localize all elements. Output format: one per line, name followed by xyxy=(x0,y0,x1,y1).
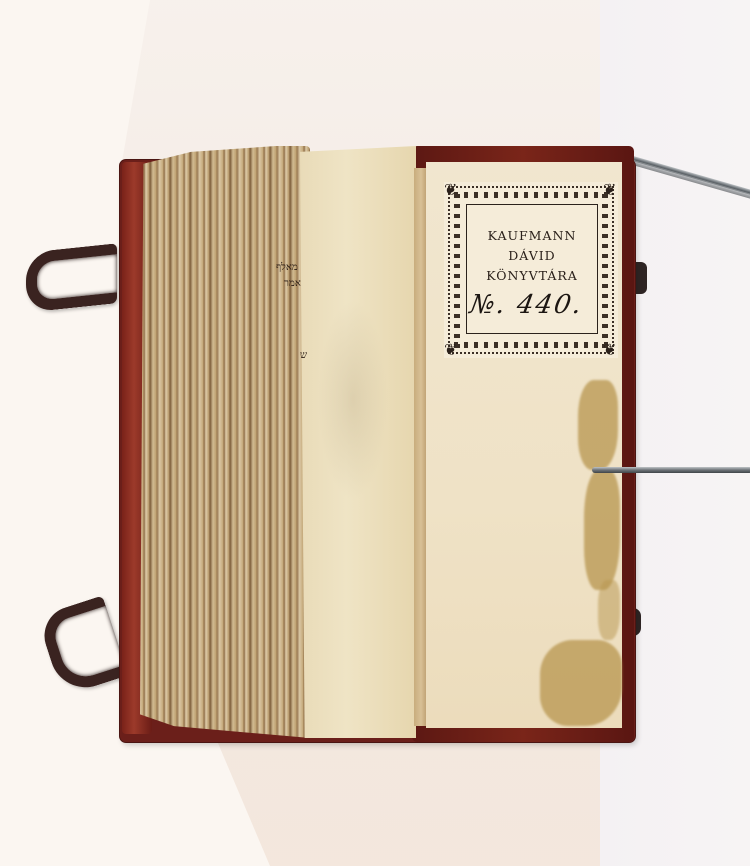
leather-tie-top-right xyxy=(633,262,647,294)
ornament-icon: ❦ xyxy=(603,342,619,358)
ornament-icon: ❦ xyxy=(603,182,619,198)
bookplate-line-konyvtara: KÖNYVTÁRA xyxy=(466,268,598,283)
page-block-fore-edge xyxy=(140,146,310,738)
damage-stain xyxy=(578,380,618,470)
ornament-icon: ❦ xyxy=(444,342,460,358)
hebrew-inscription-3: ש xyxy=(300,350,307,361)
bookplate-line-kaufmann: KAUFMANN xyxy=(466,228,598,243)
damage-stain xyxy=(598,580,620,640)
bookplate-shelfmark: №. 440. xyxy=(467,290,592,320)
leather-tie-bottom-left xyxy=(37,595,129,696)
leather-tie-top-left xyxy=(26,243,117,313)
damage-stain xyxy=(540,640,622,726)
damage-stain xyxy=(584,470,620,590)
bookplate-line-david: DÁVID xyxy=(466,248,598,263)
support-rod-middle xyxy=(592,467,750,473)
hebrew-inscription-2: אמר xyxy=(284,278,301,289)
ornament-icon: ❦ xyxy=(444,182,460,198)
left-page-stain xyxy=(318,300,388,500)
hebrew-inscription-1: מאלף xyxy=(276,262,298,273)
